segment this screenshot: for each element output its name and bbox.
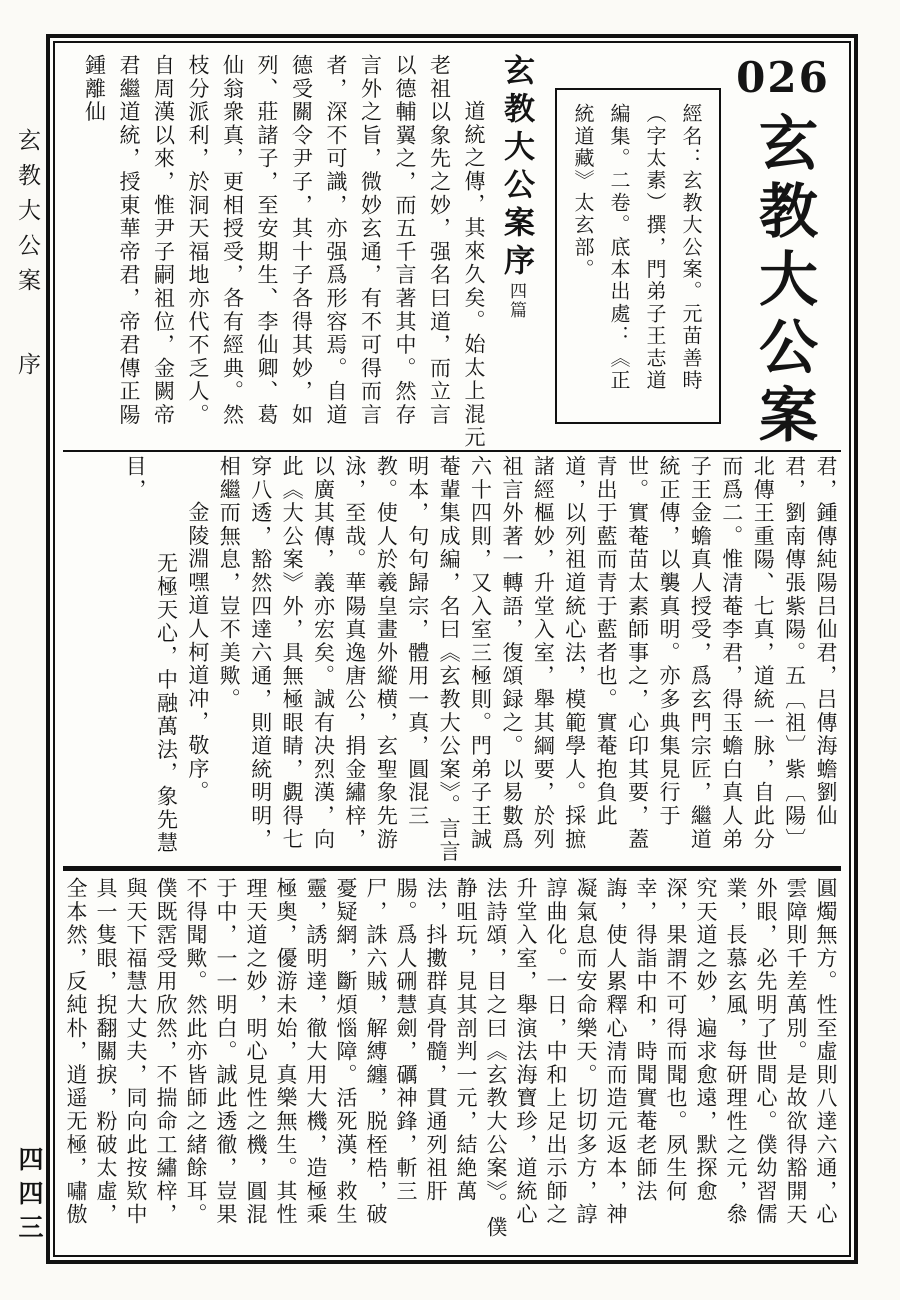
page-number: 四四三 <box>14 1146 44 1248</box>
register-top: 026 玄教大公案 經名：玄教大公案。元苗善時（字太素）撰，門弟子王志道編集。二… <box>63 52 841 450</box>
register-divider-2 <box>63 866 841 871</box>
margin-section-text: 序 <box>12 352 42 387</box>
register-bottom: 圓燭無方。性至虛則八達六通，心雲障則千差萬別。是故欲得豁開天外眼，必先明了世間心… <box>63 873 841 1246</box>
preface-signature: 金陵淵嘿道人柯道冲，敬序。 <box>181 455 212 864</box>
section-title-note: 四篇 <box>506 282 526 320</box>
bibliographic-box: 經名：玄教大公案。元苗善時（字太素）撰，門弟子王志道編集。二卷。底本出處：《正統… <box>555 88 721 424</box>
main-title: 玄教大公案 <box>729 112 837 452</box>
margin-title-text: 玄教大公案 <box>14 128 40 303</box>
section-title: 玄教大公案序四篇 <box>491 54 541 450</box>
top-body-paragraph: 道統之傳，其來久矣。始太上混元老祖以象先之妙，强名曰道，而立言以德輔翼之，而五千… <box>77 54 491 450</box>
top-register-text: 玄教大公案序四篇 道統之傳，其來久矣。始太上混元老祖以象先之妙，强名曰道，而立言… <box>65 54 541 450</box>
bottom-body-paragraph: 圓燭無方。性至虛則八達六通，心雲障則千差萬別。是故欲得豁開天外眼，必先明了世間心… <box>61 877 841 1246</box>
middle-body-paragraph: 君，鍾傳純陽吕仙君，吕傳海蟾劉仙君，劉南傳張紫陽。五〔祖〕紫〔陽〕北傳王重陽、七… <box>213 455 841 864</box>
page-frame: 026 玄教大公案 經名：玄教大公案。元苗善時（字太素）撰，門弟子王志道編集。二… <box>46 34 858 1264</box>
volume-number: 026 <box>727 52 839 104</box>
scanned-page: 玄教大公案 序 四四三 026 玄教大公案 經名：玄教大公案。元苗善時（字太素）… <box>0 0 900 1300</box>
bibliographic-text: 經名：玄教大公案。元苗善時（字太素）撰，門弟子王志道編集。二卷。底本出處：《正統… <box>571 103 703 392</box>
section-title-text: 玄教大公案序 <box>498 54 534 282</box>
register-middle: 君，鍾傳純陽吕仙君，吕傳海蟾劉仙君，劉南傳張紫陽。五〔祖〕紫〔陽〕北傳王重陽、七… <box>63 452 841 864</box>
page-frame-inner: 026 玄教大公案 經名：玄教大公案。元苗善時（字太素）撰，門弟子王志道編集。二… <box>53 41 851 1257</box>
title-column: 026 玄教大公案 <box>727 52 839 450</box>
margin-running-title: 玄教大公案 序 <box>12 128 42 387</box>
second-preface-opening: 无極天心，中融萬法，象先慧目， <box>119 455 182 864</box>
